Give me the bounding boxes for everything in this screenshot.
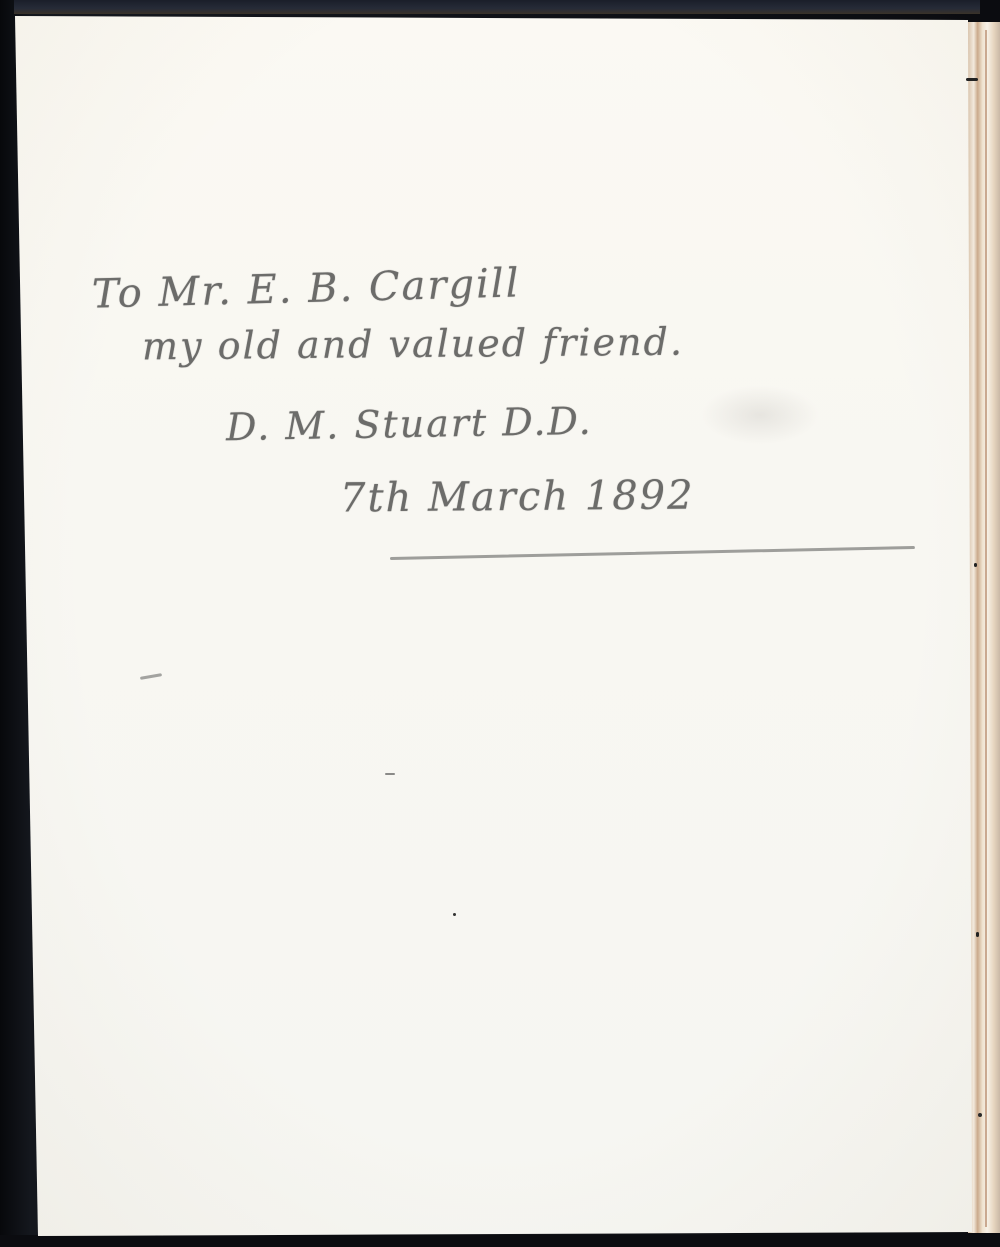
inscription-date: 7th March 1892	[340, 472, 695, 521]
inscription-signature: D. M. Stuart D.D.	[226, 399, 593, 449]
stray-mark	[140, 673, 162, 680]
handwritten-inscription: To Mr. E. B. Cargill my old and valued f…	[0, 0, 1000, 1247]
stray-mark	[978, 1113, 982, 1117]
stray-mark	[966, 78, 978, 81]
inscription-dedication: my old and valued friend.	[142, 320, 684, 369]
stray-mark	[976, 932, 979, 937]
stray-mark	[974, 563, 977, 567]
inscription-recipient: To Mr. E. B. Cargill	[91, 260, 521, 317]
stray-mark	[453, 913, 456, 916]
ink-smudge	[700, 385, 820, 445]
stray-mark	[385, 773, 395, 775]
underline-rule	[390, 546, 915, 560]
